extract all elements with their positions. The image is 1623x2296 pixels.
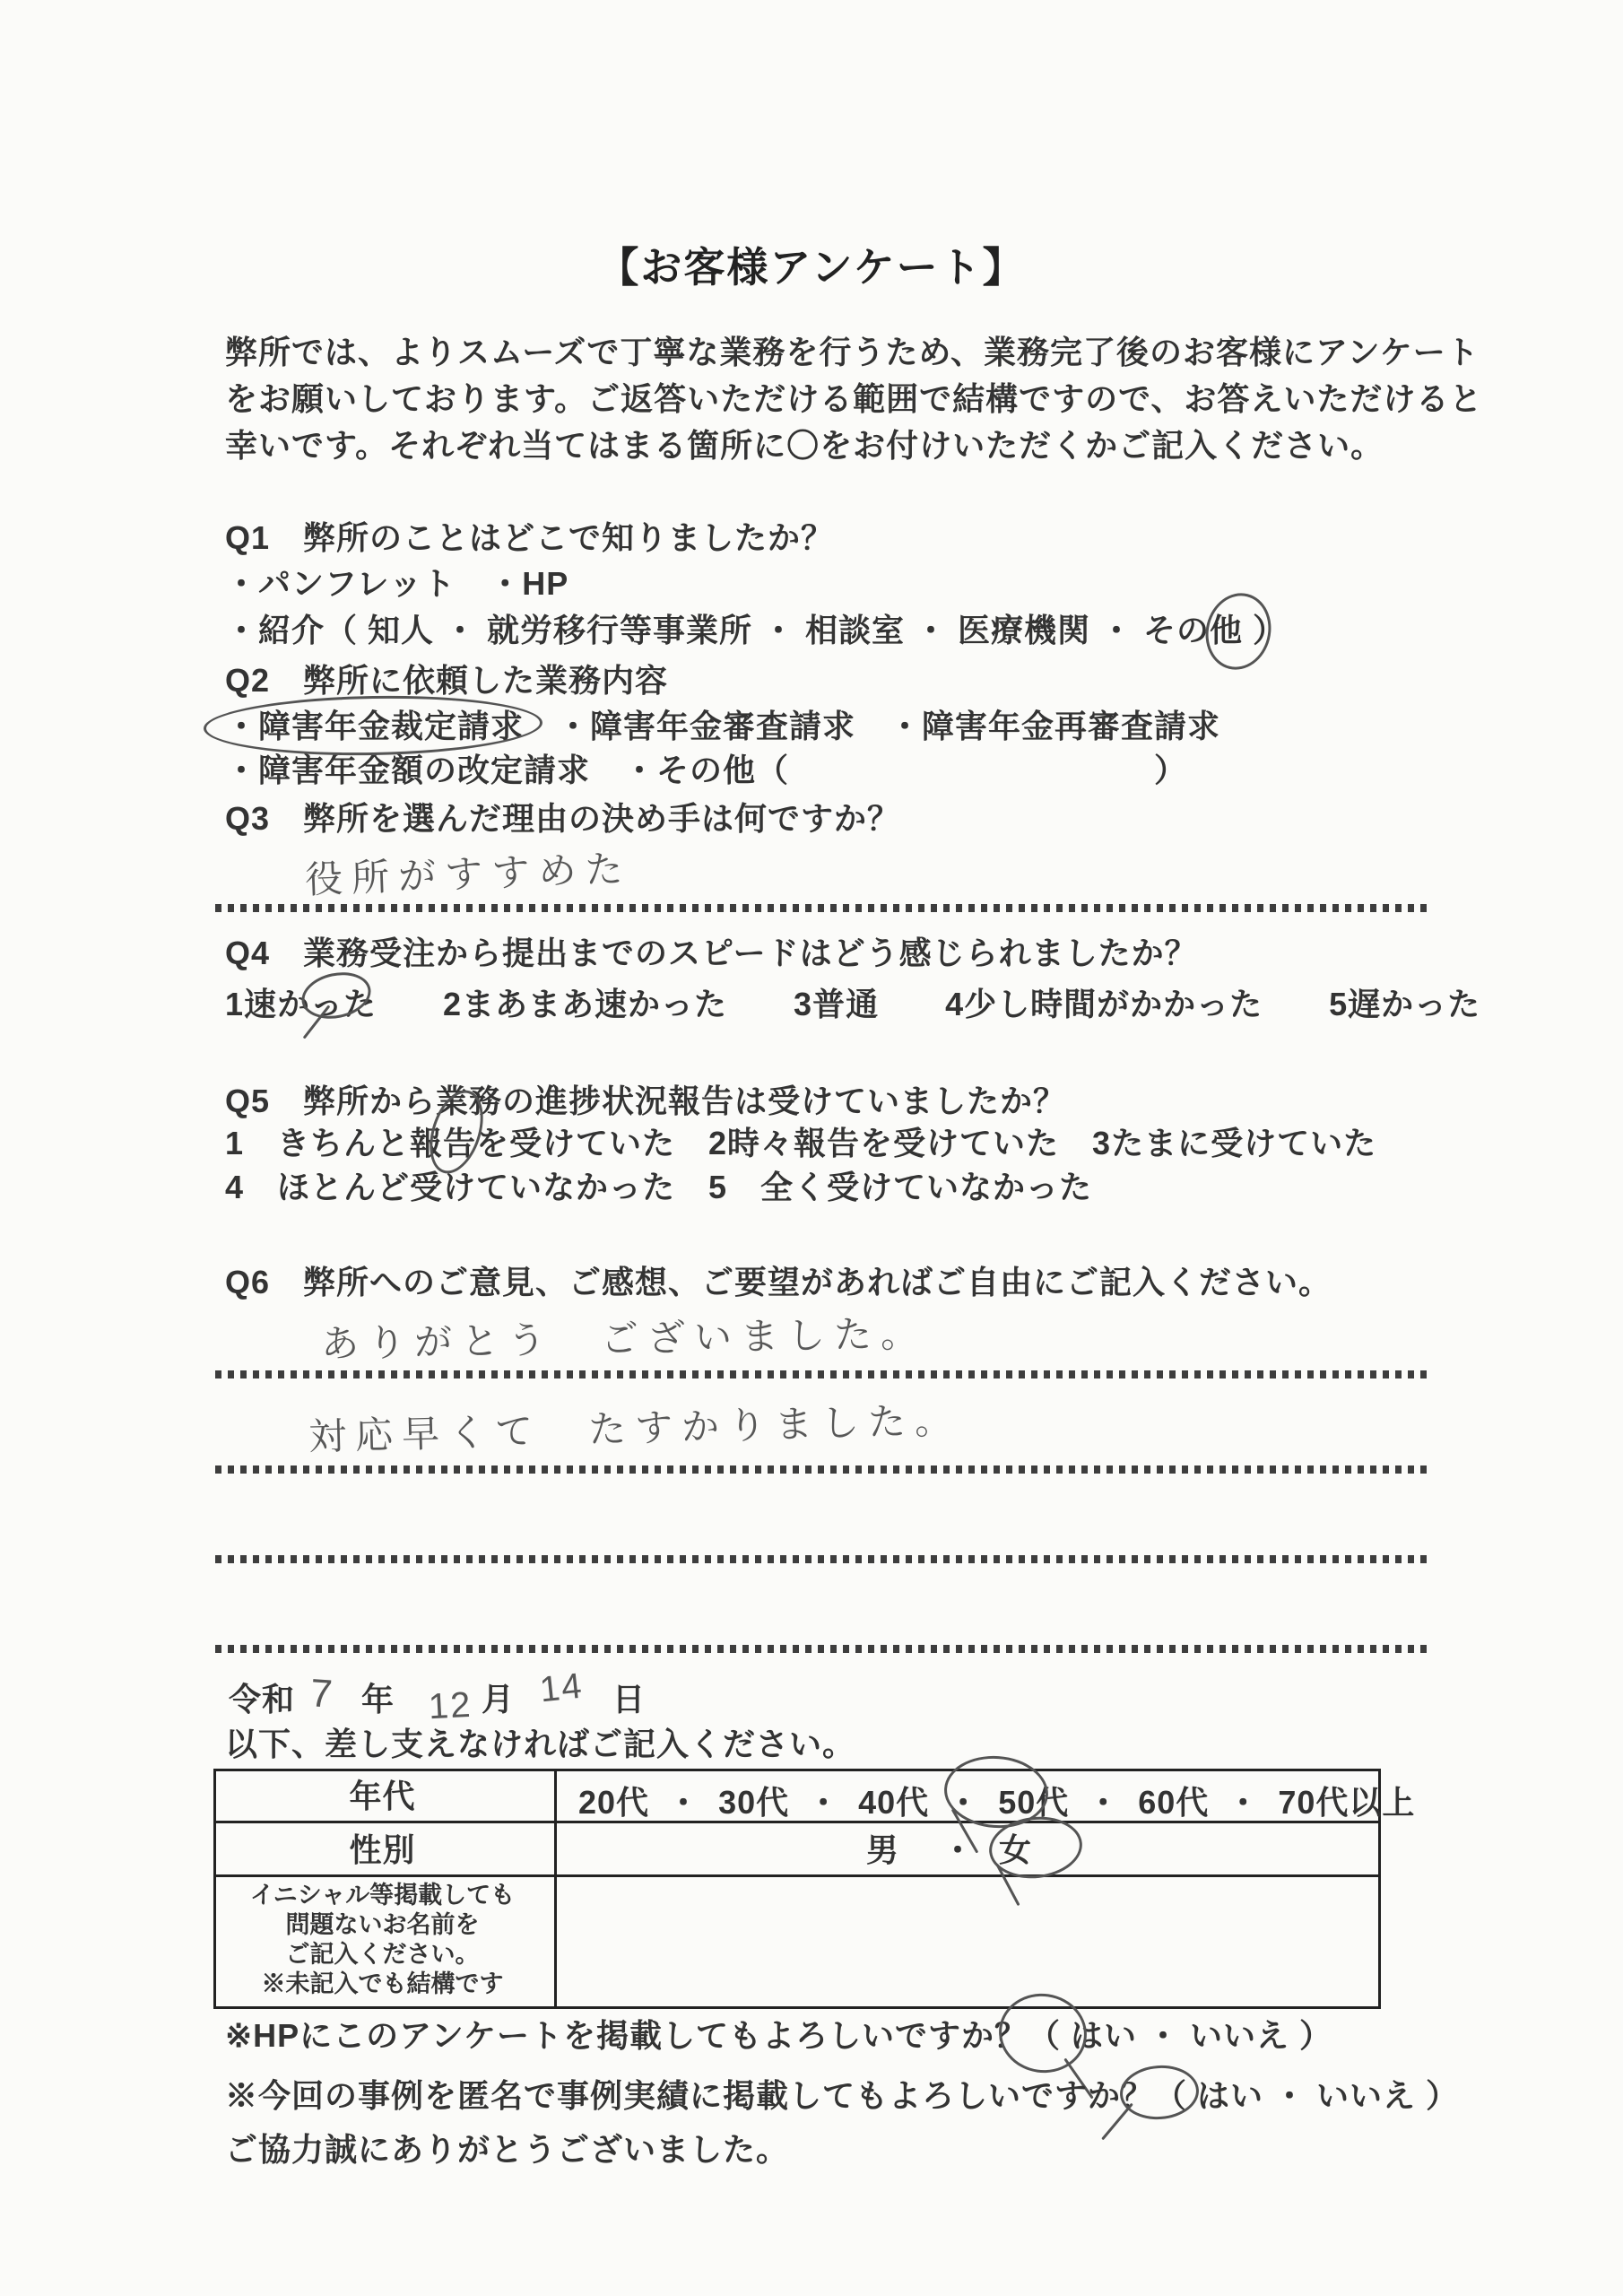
date-day-value: 14 [538,1666,586,1711]
q1-options-line-1: ・パンフレット ・HP [225,565,568,602]
q5-options-line-1: 1 きちんと報告を受けていた 2時々報告を受けていた 3たまに受けていた [225,1125,1376,1161]
initials-label-line: ご記入ください。 [213,1941,551,1969]
q1-heading: Q1 弊所のことはどこで知りましたか？ [225,519,834,556]
table-row-divider [216,1874,1378,1877]
date-month-label: 月 [482,1681,515,1718]
handwritten-circle-saitei-seikyu [203,693,542,759]
age-option: 20代 [578,1778,649,1823]
date-month-value: 12 [428,1685,473,1727]
initials-label-line: ※未記入でも結構です [213,1970,551,1998]
answer-dotted-line [215,1645,1428,1653]
age-option: 40代 [858,1778,929,1823]
q3-handwritten-answer: 役所がすすめた [304,839,632,905]
q4-options: 1速かった 2まあまあ速かった 3普通 4少し時間がかかった 5遅かった [225,986,1480,1022]
intro-line-3: 幸いです。それぞれ当てはまる箇所に〇をお付けいただくかご記入ください。 [225,427,1384,464]
table-column-divider [554,1771,557,2006]
intro-line-2: をお願いしております。ご返答いただける範囲で結構ですので、お答えいただけると [225,380,1482,417]
answer-dotted-line [215,1465,1428,1474]
q5-options-line-2: 4 ほとんど受けていなかった 5 全く受けていなかった [225,1169,1092,1205]
date-era-label: 令和 [229,1681,295,1718]
age-row-label: 年代 [213,1778,551,1814]
handwritten-circle-sonota [1198,587,1280,677]
thanks-message: ご協力誠にありがとうございました。 [225,2131,789,2168]
separator-dot: ・ [807,1778,840,1823]
q2-heading: Q2 弊所に依頼した業務内容 [225,662,668,699]
separator-dot: ・ [942,1831,975,1868]
gender-option-male: 男 [866,1831,899,1868]
age-option: 30代 [718,1778,789,1823]
separator-dot: ・ [667,1778,700,1823]
q3-heading: Q3 弊所を選んだ理由の決め手は何ですか？ [225,800,900,837]
date-year-value: 7 [308,1671,334,1718]
answer-dotted-line [215,1555,1428,1563]
date-day-label: 日 [612,1681,646,1718]
q2-options-line-2: ・障害年金額の改定請求 ・その他（ ） [225,752,1187,788]
separator-dot: ・ [1087,1778,1120,1823]
hp-publish-question: ※HPにこのアンケートを掲載してもよろしいですか？（ はい ・ いいえ ） [225,2017,1332,2054]
case-publish-question: ※今回の事例を匿名で事例実績に掲載してもよろしいですか？（ はい ・ いいえ ） [225,2077,1459,2114]
page-title: 【お客様アンケート】 [597,244,1025,291]
initials-label-line: イニシャル等掲載しても [213,1882,551,1909]
answer-dotted-line [215,1370,1428,1378]
age-option: 60代 [1138,1778,1209,1823]
answer-dotted-line [215,904,1428,912]
separator-dot: ・ [1227,1778,1260,1823]
initials-label-line: 問題ないお名前を [213,1911,551,1939]
survey-scan-page: 【お客様アンケート】 弊所では、よりスムーズで丁寧な業務を行うため、業務完了後の… [0,0,1623,2296]
q6-handwritten-answer-1: ありがとう ございました。 [321,1304,928,1369]
q1-options-line-2: ・紹介（ 知人 ・ 就労移行等事業所 ・ 相談室 ・ 医療機関 ・ その他 ） [225,612,1286,648]
q5-heading: Q5 弊所から業務の進捗状況報告は受けていましたか？ [225,1083,1066,1119]
gender-row-label: 性別 [213,1831,551,1868]
age-option: 70代以上 [1278,1778,1415,1823]
date-year-label: 年 [361,1681,395,1718]
q6-handwritten-answer-2: 対応早くて たすかりました。 [308,1390,961,1461]
fill-in-note: 以下、差し支えなければご記入ください。 [225,1726,855,1762]
intro-line-1: 弊所では、よりスムーズで丁寧な業務を行うため、業務完了後のお客様にアンケート [225,334,1480,370]
q4-heading: Q4 業務受注から提出までのスピードはどう感じられましたか？ [225,935,1198,971]
q6-heading: Q6 弊所へのご意見、ご感想、ご要望があればご自由にご記入ください。 [225,1264,1332,1300]
